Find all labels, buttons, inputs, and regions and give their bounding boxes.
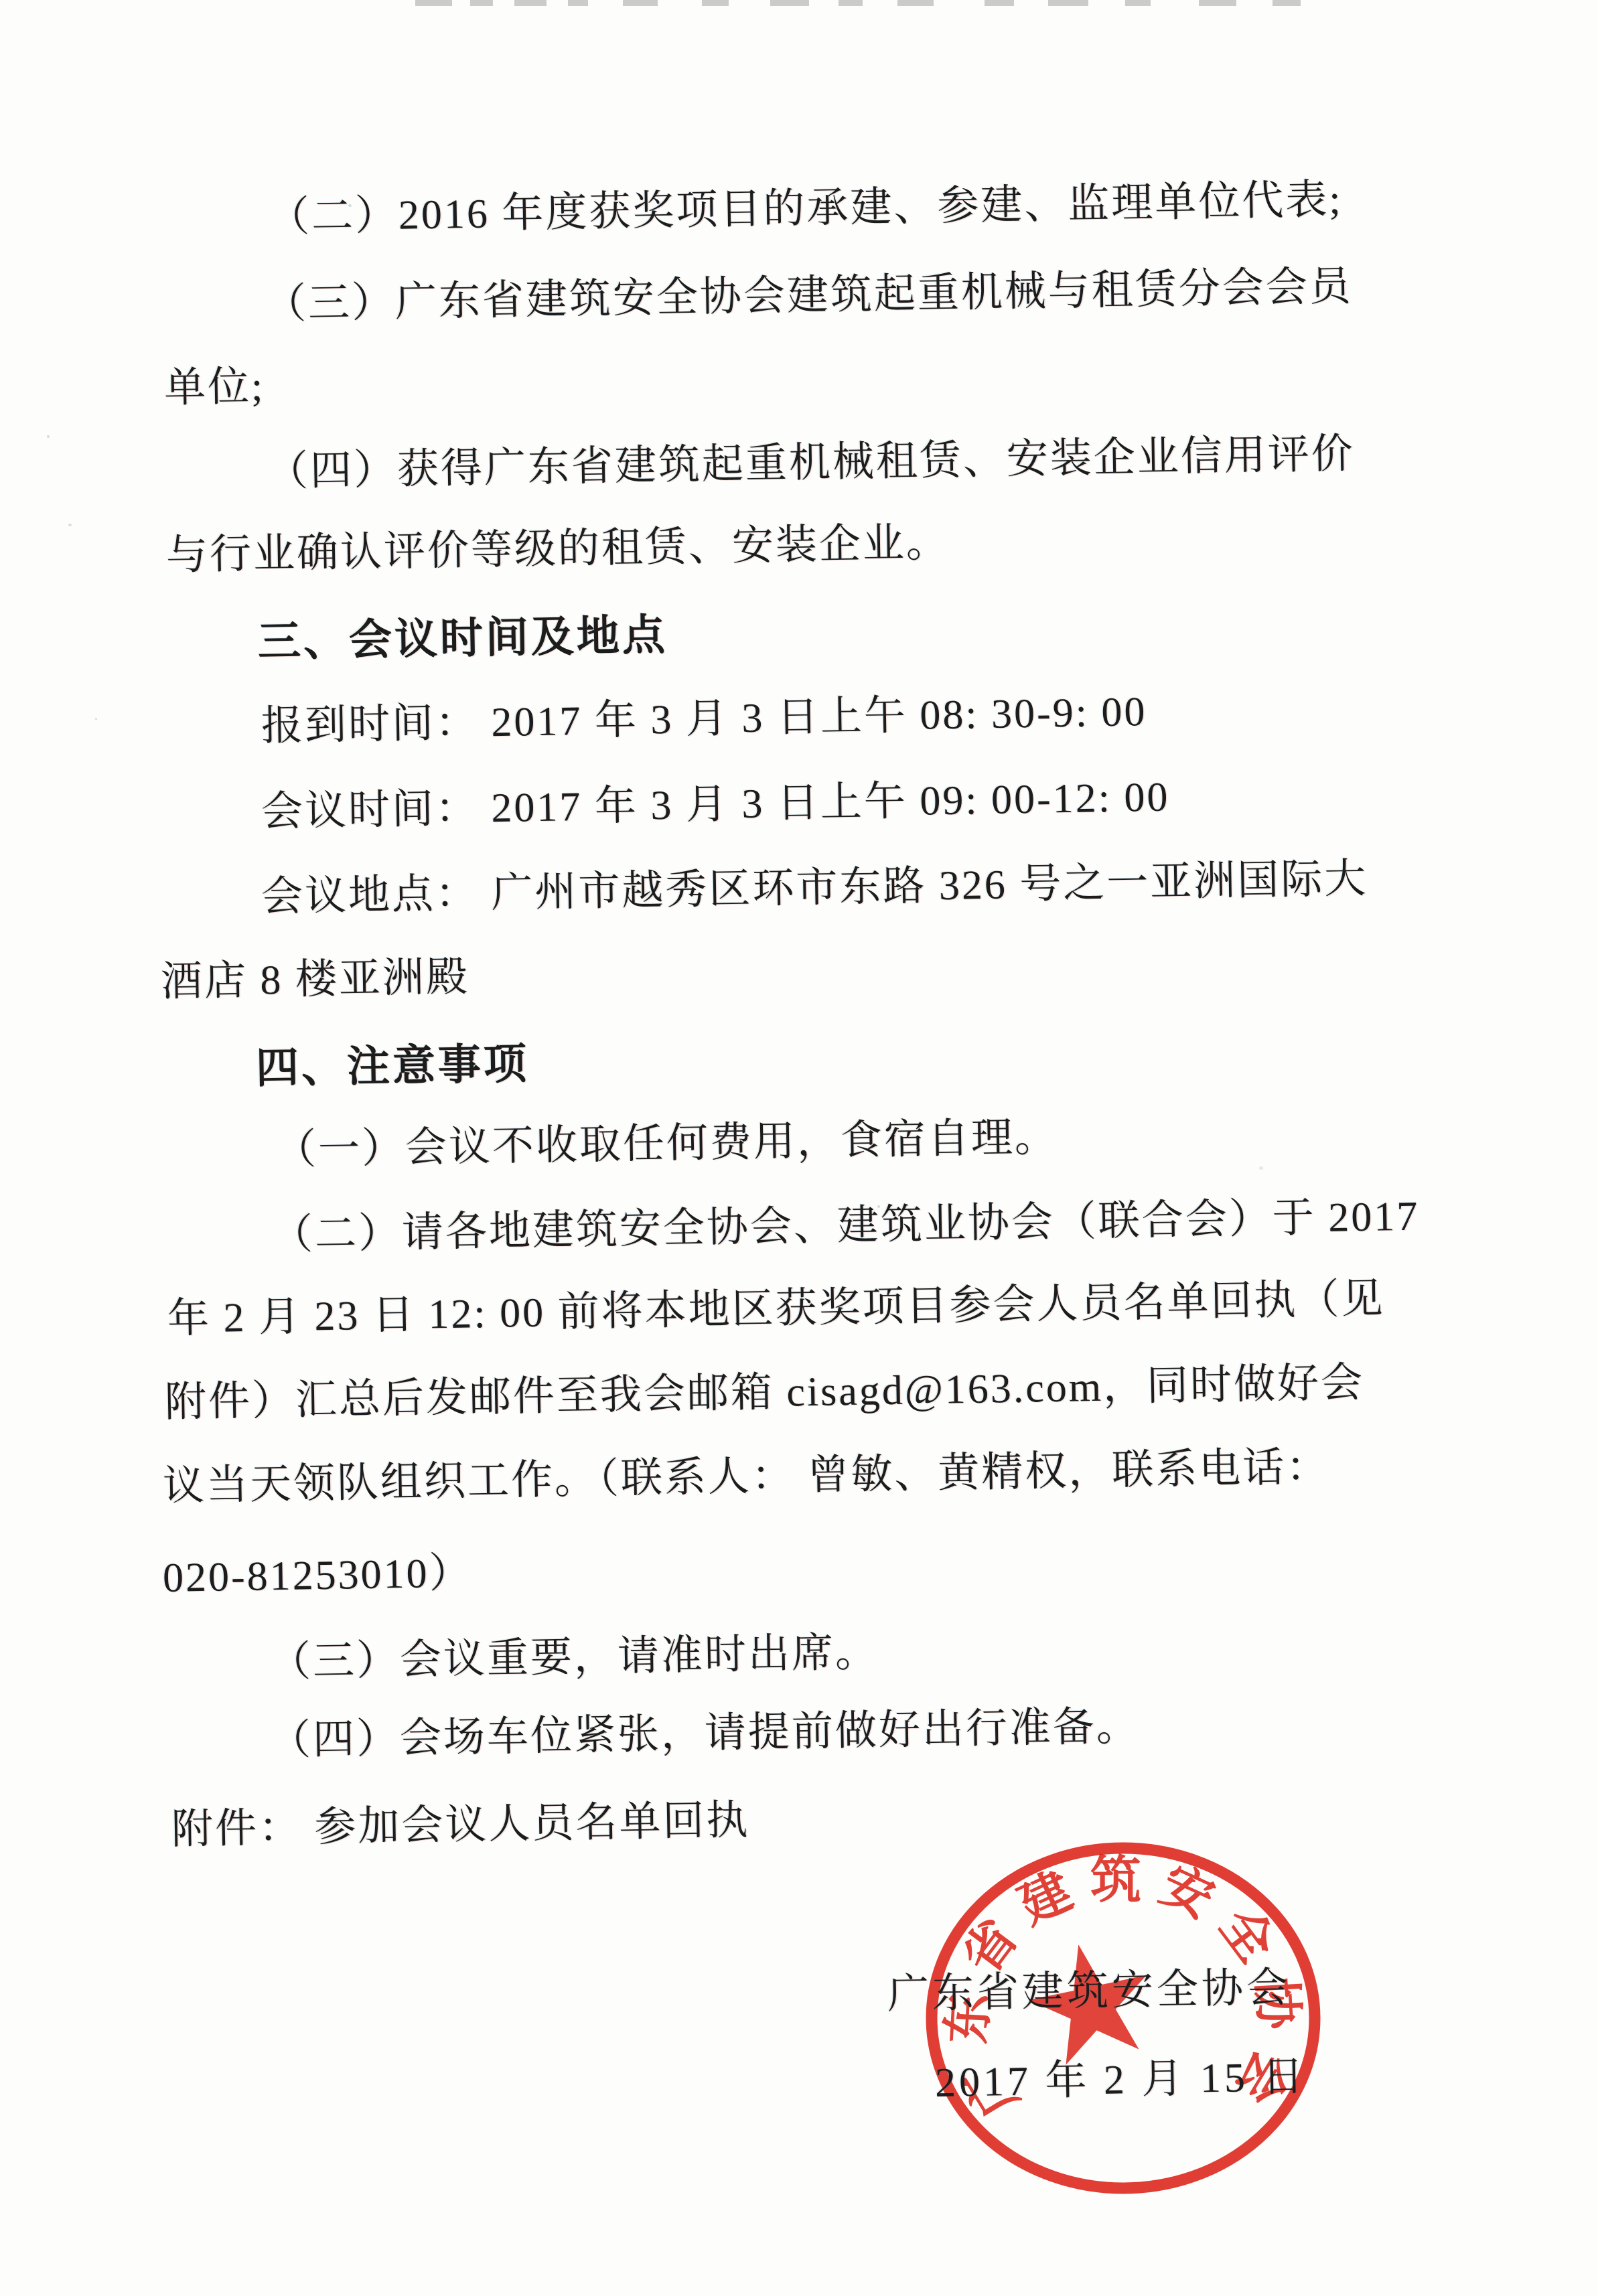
scan-speck <box>1259 1166 1263 1170</box>
note-2-reply: （二）请各地建筑安全协会、建筑业协会（联合会）于 2017 <box>271 1193 1419 1259</box>
note-3-attend-on-time: （三）会议重要，请准时出席。 <box>269 1629 879 1686</box>
para-attendee-type-4-cont: 与行业确认评价等级的租赁、安装企业。 <box>165 520 950 579</box>
note-2-phone: 020-81253010） <box>162 1549 473 1602</box>
heading-meeting-time-place: 三、会议时间及地点 <box>257 612 668 666</box>
para-attendee-type-3: （三）广东省建筑安全协会建筑起重机械与租赁分会会员 <box>264 263 1353 328</box>
para-attendee-type-4: （四）获得广东省建筑起重机械租赁、安装企业信用评价 <box>266 431 1355 495</box>
note-4-parking: （四）会场车位紧张，请提前做好出行准备。 <box>269 1703 1140 1764</box>
signature-date: 2017 年 2 月 15 日 <box>934 2054 1307 2107</box>
para-attendee-type-2: （二）2016 年度获奖项目的承建、参建、监理单位代表; <box>267 176 1343 241</box>
official-seal: 广东省建筑安全协会 <box>891 1801 1360 2270</box>
scan-speck <box>47 435 50 438</box>
line-attachment: 附件： 参加会议人员名单回执 <box>171 1797 750 1853</box>
heading-notes: 四、注意事项 <box>255 1041 529 1092</box>
line-meeting-time: 会议时间： 2017 年 3 月 3 日上午 09: 00-12: 00 <box>261 774 1170 836</box>
note-2-reply-cont-3: 议当天领队组织工作。（联系人： 曾敏、黄精权，联系电话： <box>162 1444 1329 1510</box>
scan-speck <box>68 524 72 526</box>
note-1-no-fee: （一）会议不收取任何费用，食宿自理。 <box>274 1114 1058 1174</box>
scan-speck <box>95 718 97 720</box>
line-meeting-place-cont: 酒店 8 楼亚洲殿 <box>160 953 469 1006</box>
note-2-reply-cont-2: 附件）汇总后发邮件至我会邮箱 cisagd@163.com，同时做好会 <box>164 1359 1364 1426</box>
line-checkin-time: 报到时间： 2017 年 3 月 3 日上午 08: 30-9: 00 <box>261 688 1147 750</box>
scanned-notice-page: 广东省建筑安全协会 （二）2016 年度获奖项目的承建、参建、监理单位代表; （… <box>0 0 1598 2296</box>
line-meeting-place: 会议地点： 广州市越秀区环市东路 326 号之一亚洲国际大 <box>261 856 1368 921</box>
note-2-reply-cont-1: 年 2 月 23 日 12: 00 前将本地区获奖项目参会人员名单回执（见 <box>167 1276 1385 1343</box>
signature-org-name: 广东省建筑安全协会 <box>887 1965 1291 2018</box>
para-attendee-type-3-cont: 单位; <box>163 364 265 412</box>
